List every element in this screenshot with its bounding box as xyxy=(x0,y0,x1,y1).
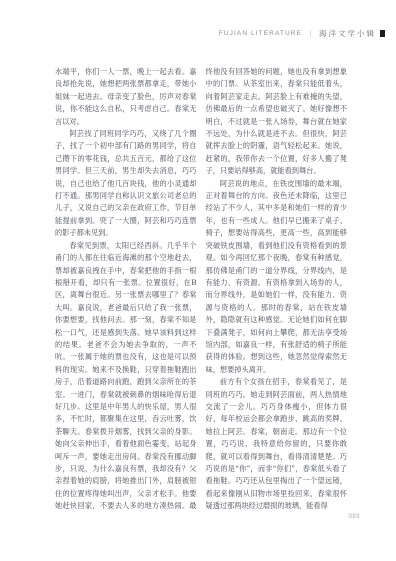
journal-title: FUJIAN LITERATURE xyxy=(219,30,302,37)
page-header: FUJIAN LITERATURE ｜ 海洋文学小辑 xyxy=(219,28,385,39)
magazine-page: FUJIAN LITERATURE ｜ 海洋文学小辑 水端平，你们一人一票，晚上… xyxy=(0,0,396,561)
paragraph: 阿芸找了同班同学巧巧，又绕了几个圈子，找了一个初中部有门路的男同学，将自己攒下的… xyxy=(55,128,197,240)
paragraph: 水端平，你们一人一票，晚上一起去看。嘉良却抢先说，她想把两张票都拿走，带她小姐妹… xyxy=(55,66,197,128)
page-number: 093 xyxy=(348,514,360,520)
paragraph: 前方有个女孩在招手，春棠看见了，是同班的巧巧。她走到阿芸面前，两人热情地交流了一… xyxy=(206,376,348,512)
paragraph: 阿芸说的地点，在铁皮围墙的最末端，正对着舞台的方向。夜色还未降临，这里已经站了不… xyxy=(206,178,348,377)
header-separator: ｜ xyxy=(307,29,314,39)
section-title: 海洋文学小辑 xyxy=(319,28,376,39)
article-body: 水端平，你们一人一票，晚上一起去看。嘉良却抢先说，她想把两张票都拿走，带她小姐妹… xyxy=(55,66,347,516)
black-square-icon xyxy=(380,30,385,37)
